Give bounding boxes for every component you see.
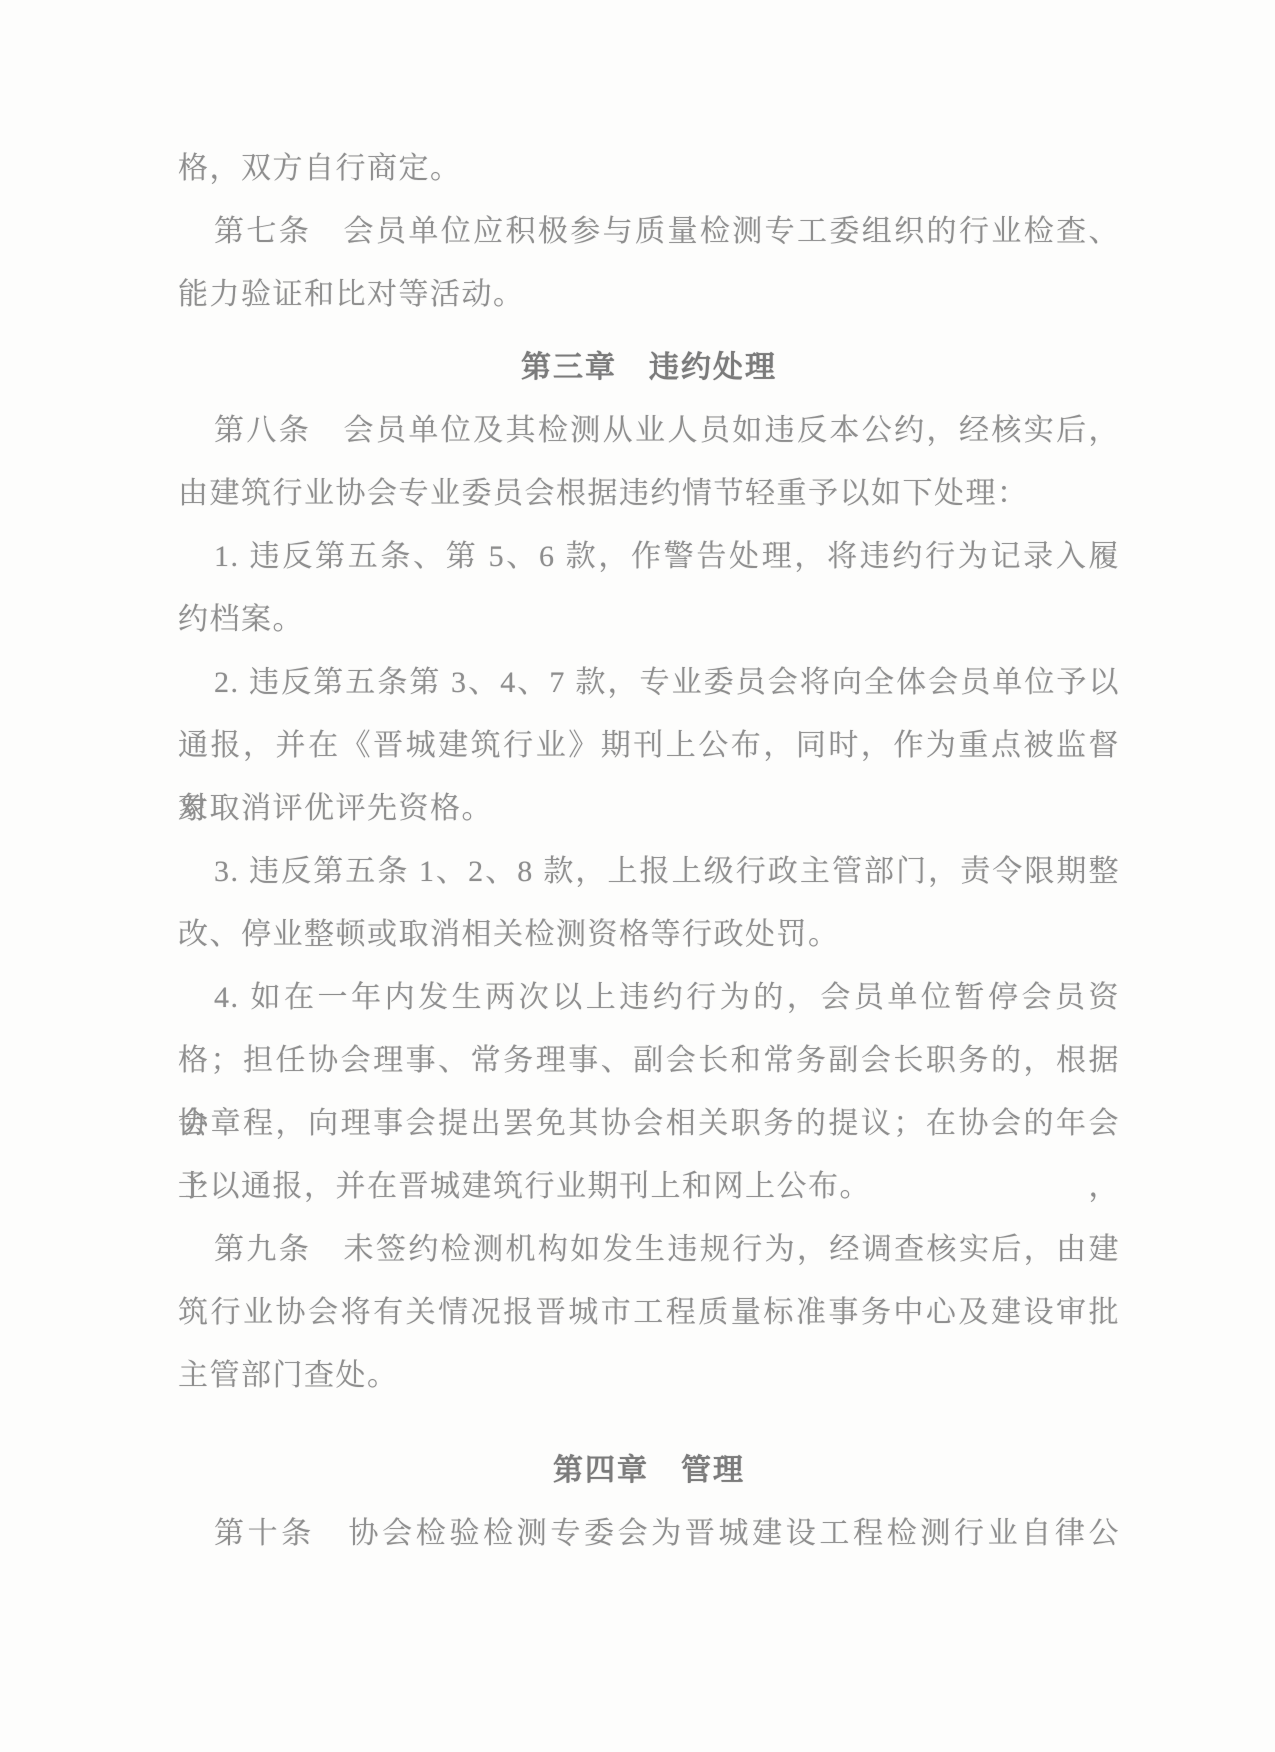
document-page: 格，双方自行商定。 第七条 会员单位应积极参与质量检测专工委组织的行业检查、 能…	[0, 0, 1275, 1752]
chapter-heading-3: 第三章 违约处理	[178, 336, 1120, 399]
text-line: 通报，并在《晋城建筑行业》期刊上公布，同时，作为重点被监督对	[178, 714, 1120, 777]
text-line: 能力验证和比对等活动。	[178, 263, 1120, 326]
document-text-block: 格，双方自行商定。 第七条 会员单位应积极参与质量检测专工委组织的行业检查、 能…	[178, 137, 1120, 1565]
text-line-article-9: 第九条 未签约检测机构如发生违规行为，经调查核实后，由建	[178, 1218, 1120, 1281]
text-line-item-2: 2. 违反第五条第 3、4、7 款，专业委员会将向全体会员单位予以	[178, 651, 1120, 714]
text-line-article-7: 第七条 会员单位应积极参与质量检测专工委组织的行业检查、	[178, 200, 1120, 263]
text-line-article-8: 第八条 会员单位及其检测从业人员如违反本公约，经核实后，	[178, 399, 1120, 462]
text-line: 格，双方自行商定。	[178, 137, 1120, 200]
text-line: 会章程，向理事会提出罢免其协会相关职务的提议；在协会的年会上，	[178, 1092, 1120, 1155]
text-line: 象取消评优评先资格。	[178, 777, 1120, 840]
text-line-item-1: 1. 违反第五条、第 5、6 款，作警告处理，将违约行为记录入履	[178, 525, 1120, 588]
text-line-article-10: 第十条 协会检验检测专委会为晋城建设工程检测行业自律公	[178, 1502, 1120, 1565]
text-line: 主管部门查处。	[178, 1344, 1120, 1407]
text-line: 由建筑行业协会专业委员会根据违约情节轻重予以如下处理：	[178, 462, 1120, 525]
chapter-heading-4: 第四章 管理	[178, 1439, 1120, 1502]
text-line: 改、停业整顿或取消相关检测资格等行政处罚。	[178, 903, 1120, 966]
text-line: 筑行业协会将有关情况报晋城市工程质量标准事务中心及建设审批	[178, 1281, 1120, 1344]
text-line-item-3: 3. 违反第五条 1、2、8 款，上报上级行政主管部门，责令限期整	[178, 840, 1120, 903]
text-line: 约档案。	[178, 588, 1120, 651]
text-line: 格；担任协会理事、常务理事、副会长和常务副会长职务的，根据协	[178, 1029, 1120, 1092]
text-line-item-4: 4. 如在一年内发生两次以上违约行为的，会员单位暂停会员资	[178, 966, 1120, 1029]
